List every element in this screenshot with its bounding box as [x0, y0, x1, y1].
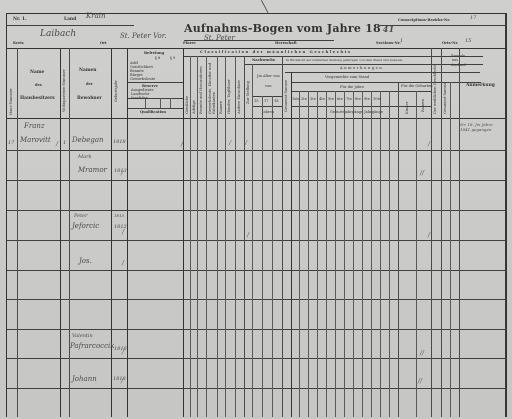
col-haus-nummer: Haus-Nummer	[9, 88, 13, 115]
vline-29	[389, 91, 390, 417]
rule-nachwuchs-years-bottom	[252, 106, 282, 107]
col-name-line1: Name	[30, 70, 44, 76]
col-bewohner-line2: der	[86, 82, 93, 86]
befreiung-col-1: § 8	[155, 56, 160, 60]
vline-9	[206, 56, 207, 417]
anmerkung-header: Anmerkung	[466, 83, 495, 89]
vline-2	[60, 48, 61, 417]
year-col-7: 7te	[346, 97, 352, 101]
fremde-title: Fremde aus Ausland	[451, 54, 459, 67]
rule-befreiung-mid	[128, 82, 183, 83]
col-geburtsjahr: Geburtsjahr	[114, 80, 118, 102]
tick-mark-icon: //	[420, 350, 424, 357]
rule-vorgemerkte	[291, 82, 481, 83]
nachwuchs-title: Nachwuchs	[252, 58, 275, 62]
nachwuchs-year-1: 15	[254, 99, 259, 103]
kinder-label: Kinder	[405, 102, 409, 114]
rule-anmerkungen-title	[285, 72, 480, 73]
tick-mark-icon: /	[428, 232, 430, 239]
nachwuchs-year-3: 18	[274, 99, 279, 103]
kreis-label: Kreis	[13, 41, 24, 45]
year-col-5: 5te	[328, 97, 334, 101]
vline-35	[459, 48, 460, 417]
nachwuchs-footer: Jahren	[262, 110, 274, 114]
tick-mark-icon: /	[121, 170, 123, 177]
tick-mark-icon: /	[56, 141, 58, 148]
row2-resident-first: Mark	[78, 154, 92, 160]
vline-left	[6, 13, 7, 417]
vline-23	[335, 91, 336, 417]
ort-value: St. Peter Vor.	[120, 33, 167, 39]
row5-resident: Jos.	[79, 258, 92, 264]
vline-31	[416, 91, 417, 417]
row7-birth-year: 1816	[114, 346, 127, 352]
sheet-number-label: Nr. 1.	[13, 17, 27, 23]
year-col-2: 2te	[301, 97, 307, 101]
rule-year-cols-bottom	[291, 106, 431, 107]
befreiung-title: Befreiung	[144, 51, 164, 55]
anmerkungen-title: Anmerkungen	[340, 66, 383, 70]
row1-owner-last: Marovitt	[20, 137, 51, 143]
qualification-label: Qualification	[140, 110, 166, 114]
rule-conscription	[380, 25, 506, 26]
class-col-7: Andere Einwohner	[237, 80, 241, 114]
classification-title: Classification der männlichen Geschlecht…	[200, 50, 352, 54]
orts-value: 15	[465, 38, 471, 44]
rule-fuer-jahre	[291, 91, 431, 92]
row4-birth-year: 1812	[114, 224, 127, 230]
zur-stellung-label: Zur Stellung	[246, 81, 250, 104]
herrschaft-label: Herrschaft	[275, 41, 297, 45]
nachwuchs-sub-2: von	[265, 84, 272, 88]
vline-13	[244, 56, 245, 417]
tick-mark-icon: /	[122, 260, 124, 267]
row1-remark: Nr. 18. Jm Jahre 1841 gegangen	[460, 122, 504, 132]
vline-7	[190, 56, 191, 417]
vline-22	[326, 91, 327, 417]
year-col-6: 6te	[337, 97, 343, 101]
rule-nachwuchs-title	[245, 64, 483, 65]
class-col-6: Häusler, Taglöhner	[227, 79, 231, 114]
conscription-value: 17	[470, 15, 476, 21]
befreiung-col-2: § 9	[170, 56, 175, 60]
vline-reserve-2	[160, 98, 161, 108]
row4-resident: Jeforcic	[72, 223, 99, 229]
gesammt-label: Gesammt-Summe	[284, 80, 288, 112]
year-col-10: 10te	[373, 97, 381, 101]
class-col-3: Beamte und Honoratioren	[199, 64, 203, 114]
row1-owner-first: Franz	[24, 123, 45, 129]
row1-resident: Debegan	[72, 137, 104, 143]
fuer-jahre-label: Für die Jahre	[340, 85, 364, 89]
col-bewohner-line3: Bewohner	[77, 96, 102, 102]
tick-mark-icon: //	[418, 378, 422, 385]
vline-5	[127, 48, 128, 417]
ueber-title: In Rücksicht der wirklichen Stellung geh…	[286, 58, 402, 62]
rule-land	[6, 25, 134, 26]
vline-18	[291, 72, 292, 417]
vline-32	[431, 48, 432, 417]
tick-mark-icon: /	[245, 140, 247, 147]
vline-26	[362, 91, 363, 417]
tick-mark-icon: /	[229, 140, 231, 147]
vline-27	[371, 91, 372, 417]
class-col-4: Gewerbsleute, Künstler und Fabrikanten	[208, 59, 217, 114]
row4-resident-first: Peter	[74, 213, 87, 219]
vline-10	[217, 56, 218, 417]
col-name-line2: des	[35, 83, 42, 87]
vline-15	[262, 96, 263, 417]
tick-mark-icon: /	[122, 349, 124, 356]
rule-nachwuchs-years-top	[252, 96, 282, 97]
tick-mark-icon: /	[122, 229, 124, 236]
form-title: Aufnahms-Bogen vom Jahre 1841	[184, 26, 394, 32]
vline-30	[398, 82, 399, 417]
conscription-label: Conscriptions-Bezirks-Nr.	[398, 18, 450, 22]
vline-11	[225, 56, 226, 417]
row1-haus-nr: 17	[8, 140, 14, 146]
census-sheet: Nr. 1. Land Krain Aufnahms-Bogen vom Jah…	[0, 0, 512, 419]
tick-mark-icon: //	[420, 170, 424, 177]
reserve-row-3: Invaliden	[131, 96, 148, 100]
rule-classification-title	[183, 56, 483, 57]
vline-14	[252, 64, 253, 417]
row8-resident: Johann	[72, 376, 97, 382]
check-mark-icon: ╱	[261, 3, 270, 12]
col-bewohner-line1: Namen	[79, 68, 97, 74]
vline-reserve-3	[170, 98, 171, 108]
nachwuchs-sub-1: Jm Alter von	[257, 74, 280, 78]
sections-value: 1	[400, 38, 403, 44]
class-col-1: Geistliche	[185, 96, 189, 114]
rule-top	[6, 13, 506, 14]
row8-birth-year: 1818	[113, 376, 126, 382]
vline-3	[69, 48, 70, 417]
col-wohnpartei-nummer: Wohnparteien-Nummer	[62, 69, 66, 112]
tick-mark-icon: /	[181, 141, 183, 148]
vline-12	[235, 56, 236, 417]
row4-birth-year-extra: 1815	[114, 213, 124, 219]
vline-19	[299, 91, 300, 417]
vline-34	[450, 82, 451, 417]
vline-17	[282, 56, 283, 417]
vline-4	[111, 48, 112, 417]
tick-mark-icon: /	[428, 141, 430, 148]
rule-reserve-bottom	[128, 108, 183, 109]
vline-right	[506, 13, 507, 417]
vline-33	[441, 48, 442, 417]
geburtsjahre-label: Geburtsjahrgänge Jahrgänge	[330, 110, 383, 114]
row2-resident: Mramor	[78, 167, 107, 173]
year-col-3: 3te	[310, 97, 316, 101]
kreis-value: Laibach	[40, 31, 76, 37]
vline-1	[17, 48, 18, 417]
row1-party-nr: 1	[63, 140, 66, 146]
year-col-9: 9te	[364, 97, 370, 101]
vline-24	[344, 91, 345, 417]
vline-8	[197, 56, 198, 417]
row7-resident-first: Valentin	[72, 333, 93, 339]
weiblichen-label: Der weiblichen Geschlecht	[433, 65, 437, 114]
row1-birth-year: 1818	[113, 139, 126, 145]
befreiung-row-5: Gewerbsleute	[130, 77, 155, 81]
vline-25	[353, 91, 354, 417]
gesammt-summe-label: Gesammt-Summe	[443, 82, 447, 114]
class-col-2: Adelige	[192, 100, 196, 114]
tick-mark-icon: /	[247, 232, 249, 239]
class-col-5: Bauern	[219, 101, 223, 114]
land-label: Land	[64, 17, 76, 23]
vline-21	[317, 91, 318, 417]
col-name-line3: Hausbesitzers	[20, 96, 55, 102]
tick-mark-icon: /	[121, 378, 123, 385]
year-col-4: 4te	[319, 97, 325, 101]
row7-resident: Pafrarcoccik	[70, 343, 114, 349]
vline-28	[380, 91, 381, 417]
vline-20	[308, 91, 309, 417]
vline-6	[183, 48, 184, 417]
vline-16	[272, 96, 273, 417]
ort-label: Ort	[100, 41, 107, 45]
bauern-label: Bauern	[421, 99, 425, 112]
vorgemerkte-label: Vorgemerkte zum Stand	[325, 75, 369, 79]
sections-label: Sections-Nr.	[376, 41, 401, 45]
pfarre-label: Pfarre	[183, 41, 196, 45]
pfarre-value: St. Peter	[204, 35, 235, 41]
fuer-geburten-label: Für die Geburten	[401, 84, 433, 88]
orts-label: Orts-Nr.	[442, 41, 458, 45]
year-col-8: 8te	[355, 97, 361, 101]
nachwuchs-year-2: 17	[264, 99, 269, 103]
year-col-1: 1ste	[292, 97, 300, 101]
